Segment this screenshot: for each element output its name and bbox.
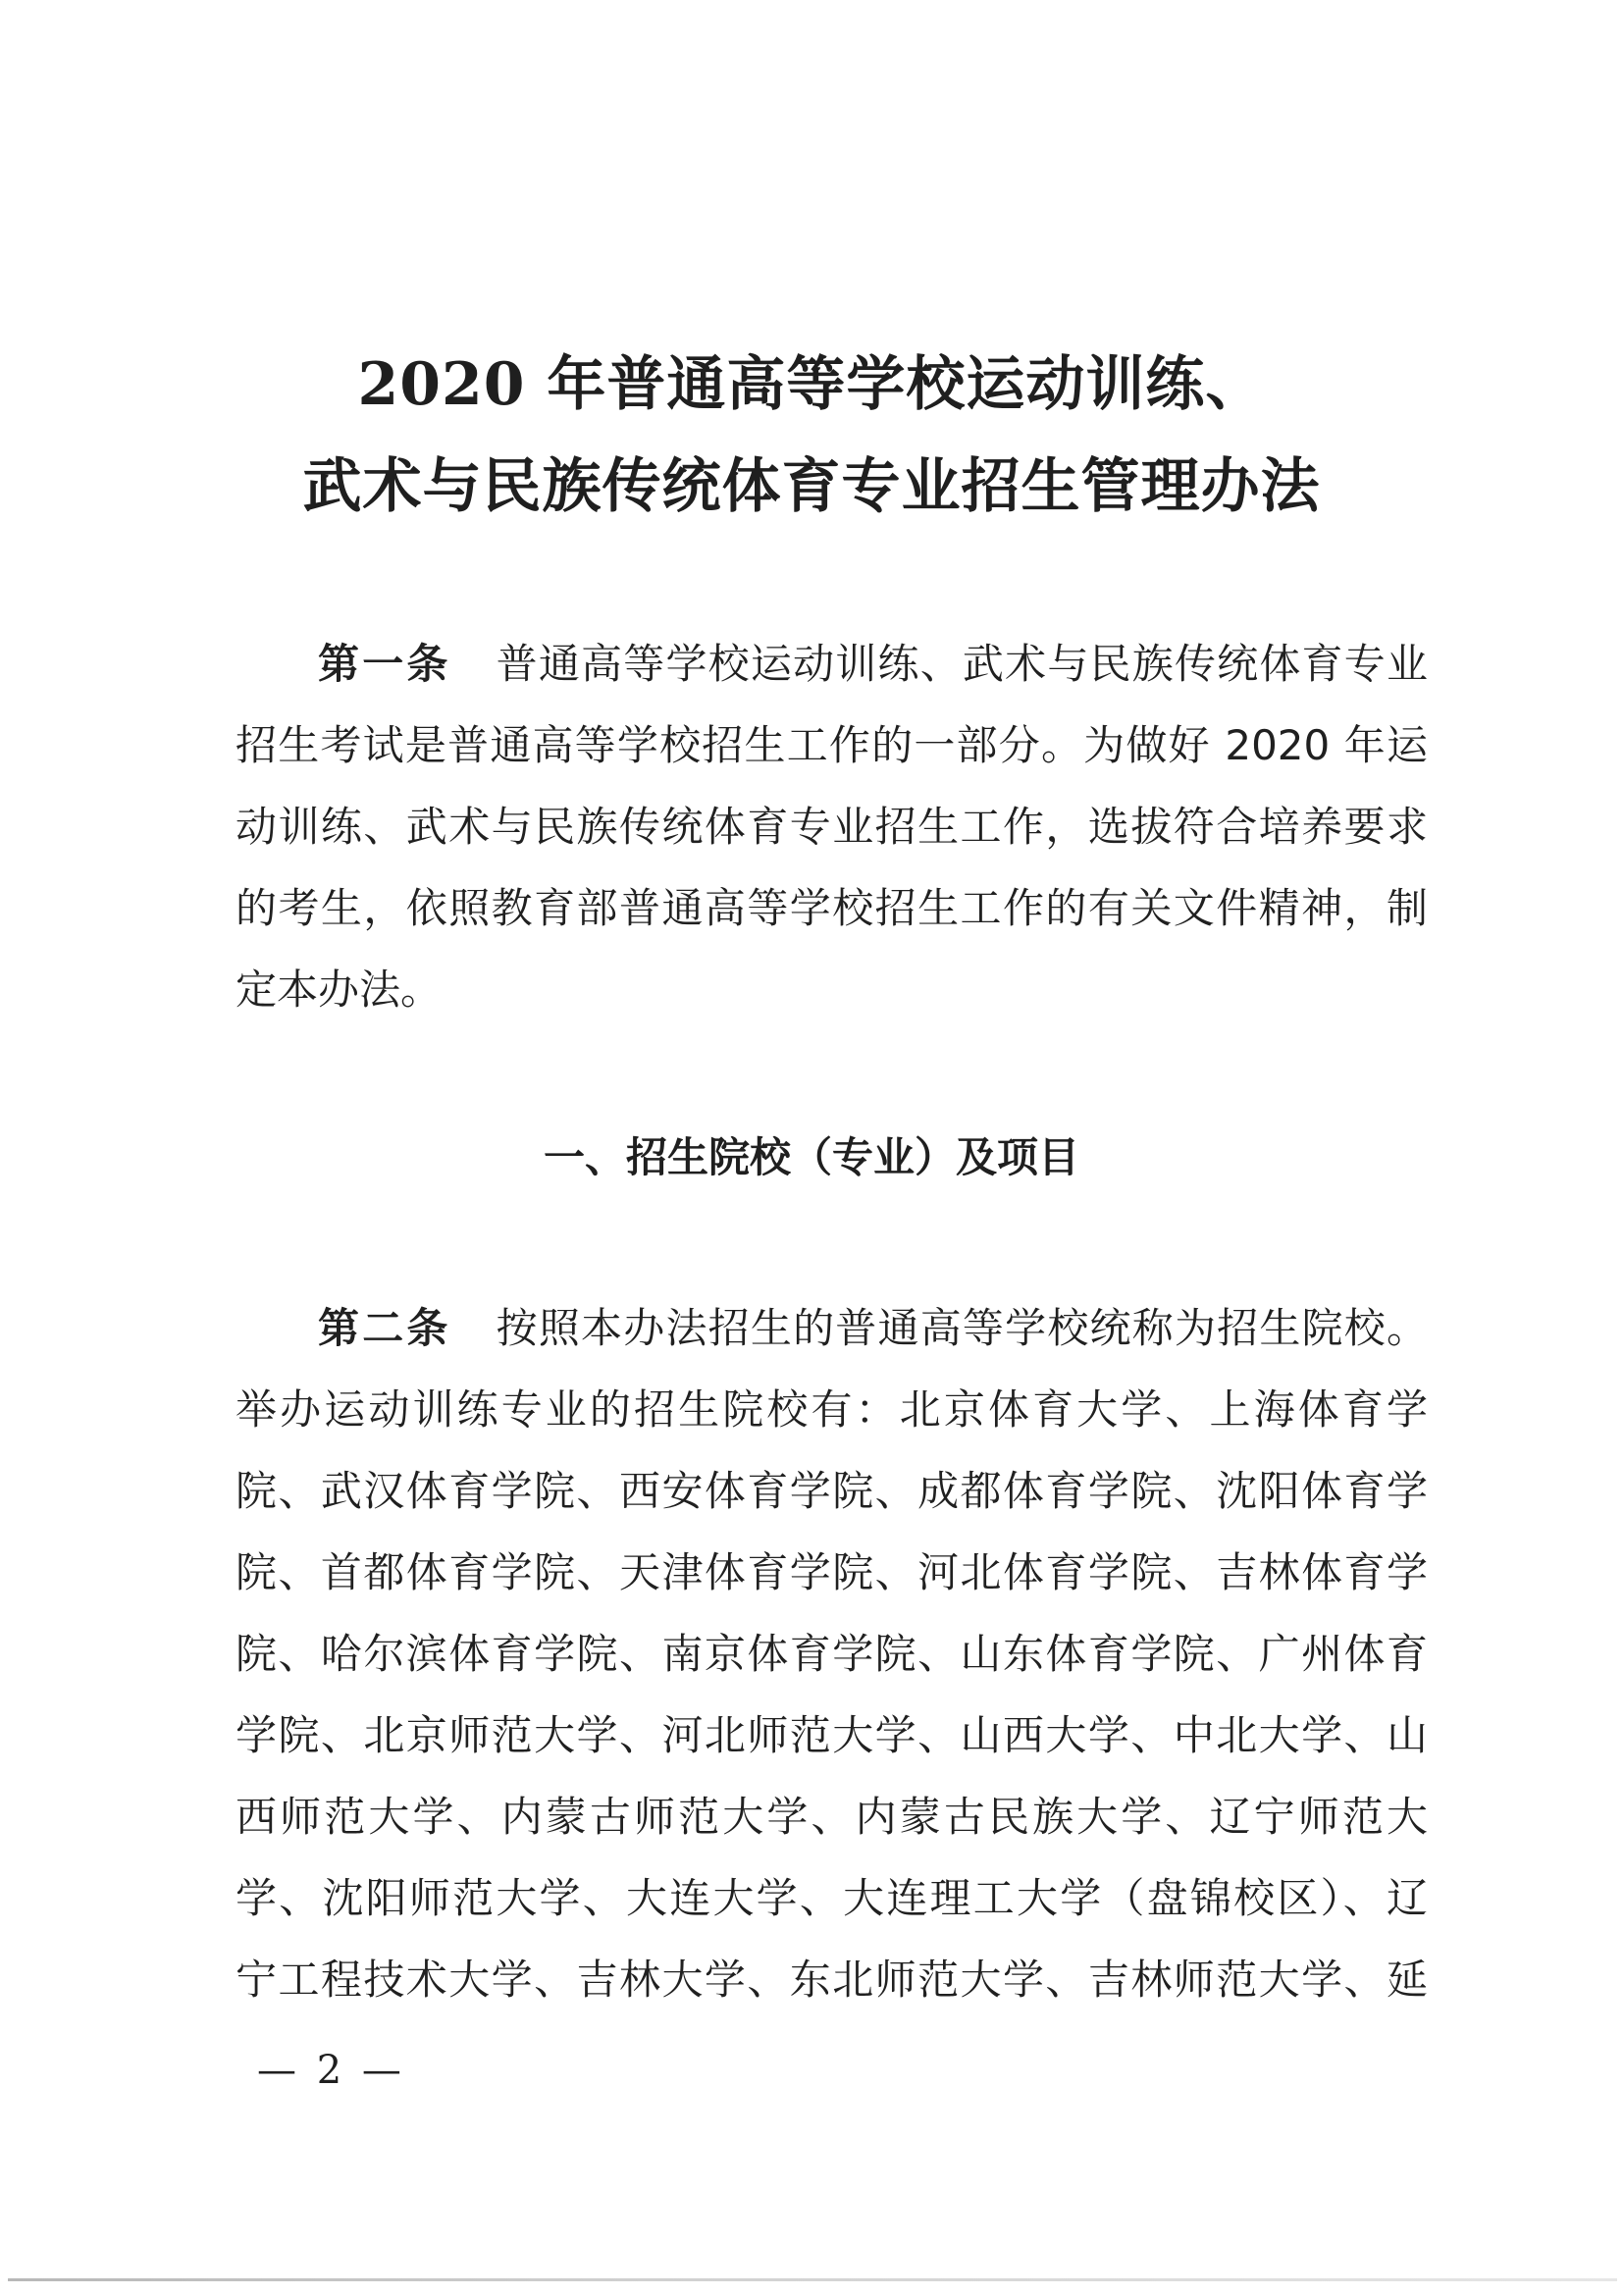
document-page: 2020 年普通高等学校运动训练、 武术与民族传统体育专业招生管理办法 第一条普… <box>0 0 1623 2296</box>
article-2-line-5: 院、哈尔滨体育学院、南京体育学院、山东体育学院、广州体育 <box>236 1625 1428 1684</box>
article-1-line-4: 的考生，依照教育部普通高等学校招生工作的有关文件精神，制 <box>236 879 1428 938</box>
article-2-line-4: 院、首都体育学院、天津体育学院、河北体育学院、吉林体育学 <box>236 1543 1428 1602</box>
article-2-line-3: 院、武汉体育学院、西安体育学院、成都体育学院、沈阳体育学 <box>236 1462 1428 1521</box>
document-title-line-2: 武术与民族传统体育专业招生管理办法 <box>0 447 1623 526</box>
page-bottom-edge-divider <box>8 2278 1617 2281</box>
article-1-line-1: 第一条普通高等学校运动训练、武术与民族传统体育专业 <box>318 635 1428 694</box>
article-1-line-2: 招生考试是普通高等学校招生工作的一部分。为做好 2020 年运 <box>236 716 1428 775</box>
article-2-label: 第二条 <box>318 1304 451 1352</box>
page-number: — 2 — <box>257 2041 405 2100</box>
article-2-line-7: 西师范大学、内蒙古师范大学、内蒙古民族大学、辽宁师范大 <box>236 1788 1428 1847</box>
article-1-line-5: 定本办法。 <box>236 961 1428 1019</box>
article-2-line-9: 宁工程技术大学、吉林大学、东北师范大学、吉林师范大学、延 <box>236 1951 1428 2009</box>
article-2-line-6: 学院、北京师范大学、河北师范大学、山西大学、中北大学、山 <box>236 1706 1428 1765</box>
document-title-line-1: 2020 年普通高等学校运动训练、 <box>0 345 1623 424</box>
article-1-text: 普通高等学校运动训练、武术与民族传统体育专业 <box>497 640 1428 688</box>
article-2-text: 按照本办法招生的普通高等学校统称为招生院校。 <box>497 1304 1428 1352</box>
article-2-line-1: 第二条按照本办法招生的普通高等学校统称为招生院校。 <box>318 1299 1428 1358</box>
article-2-line-8: 学、沈阳师范大学、大连大学、大连理工大学（盘锦校区）、辽 <box>236 1869 1428 1928</box>
article-2-line-2: 举办运动训练专业的招生院校有：北京体育大学、上海体育学 <box>236 1381 1428 1439</box>
article-1-line-3: 动训练、武术与民族传统体育专业招生工作，选拔符合培养要求 <box>236 798 1428 857</box>
article-1-label: 第一条 <box>318 640 451 688</box>
section-heading-1: 一、招生院校（专业）及项目 <box>0 1128 1623 1187</box>
